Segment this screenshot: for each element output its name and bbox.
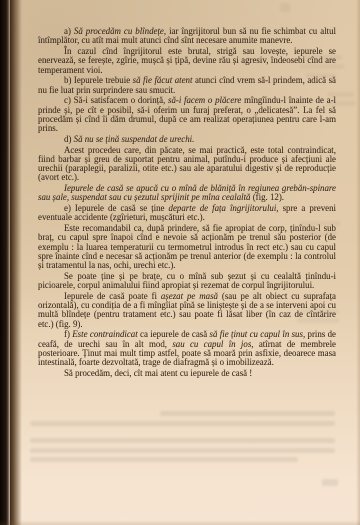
paragraph: Se poate ține și pe brațe, cu o mînă sub… (38, 272, 336, 291)
bleedthrough-ghost (328, 92, 354, 97)
page-binding-edge (0, 0, 10, 525)
paragraph: Să procedăm, deci, cît mai atent cu iepu… (38, 369, 336, 378)
body-text: Este recomandabil ca, după prindere, să … (38, 223, 336, 270)
bleedthrough-ghost (300, 221, 340, 226)
body-text: Să procedăm, deci, cît mai atent cu iepu… (64, 368, 252, 378)
paragraph: b) Iepurele trebuie să fie făcut atent a… (38, 76, 336, 95)
paper-smudge (280, 3, 290, 12)
bleedthrough-ghost (326, 101, 356, 106)
emphasized-text: Iepurele de casă se apucă cu o mînă de b… (38, 183, 336, 202)
paragraph: f) Este contraindicat ca iepurele de cas… (38, 330, 336, 367)
paragraph: Iepurele de casă se apucă cu o mînă de b… (38, 184, 336, 203)
bleedthrough-page-number-ghost (322, 479, 338, 486)
paragraph: e) Iepurele de casă se ține departe de f… (38, 204, 336, 223)
bleedthrough-ghost (300, 64, 344, 69)
bleedthrough-ghost (160, 411, 335, 416)
body-text: În cazul cînd îngrijitorul este brutal, … (38, 46, 336, 75)
emphasized-text: Să nu se țină suspendat de urechi. (74, 134, 195, 144)
bleedthrough-ghost (306, 73, 336, 78)
bleedthrough-ghost (299, 309, 339, 314)
book-page: a) Să procedăm cu blîndețe, iar îngrijit… (0, 0, 360, 525)
bleedthrough-ghost (30, 448, 335, 453)
paragraph: d) Să nu se țină suspendat de urechi. (38, 135, 336, 144)
bleedthrough-ghost (30, 438, 335, 443)
bleedthrough-ghost (30, 457, 298, 462)
page-edge-right (356, 0, 360, 525)
body-text: (fig. 12). (251, 192, 285, 202)
bleedthrough-ghost (303, 231, 337, 236)
page-edge-bottom (0, 520, 360, 525)
bleedthrough-ghost (30, 421, 335, 426)
bleedthrough-ghost (302, 55, 342, 60)
body-text: Se poate ține și pe brațe, cu o mînă sub… (38, 271, 336, 290)
paragraph: a) Să procedăm cu blîndețe, iar îngrijit… (38, 27, 336, 46)
body-text: Acest procedeu care, din păcate, se mai … (38, 145, 336, 183)
paragraph: Este recomandabil ca, după prindere, să … (38, 224, 336, 270)
text-block: a) Să procedăm cu blîndețe, iar îngrijit… (38, 27, 336, 380)
paragraph: c) Să-i satisfacem o dorință, să-i facem… (38, 96, 336, 133)
paragraph: Iepurele de casă poate fi așezat pe masă… (38, 292, 336, 329)
body-text: d) (64, 134, 74, 144)
paragraph: În cazul cînd îngrijitorul este brutal, … (38, 47, 336, 75)
paragraph: Acest procedeu care, din păcate, se mai … (38, 146, 336, 183)
bleedthrough-ghost (297, 318, 339, 323)
